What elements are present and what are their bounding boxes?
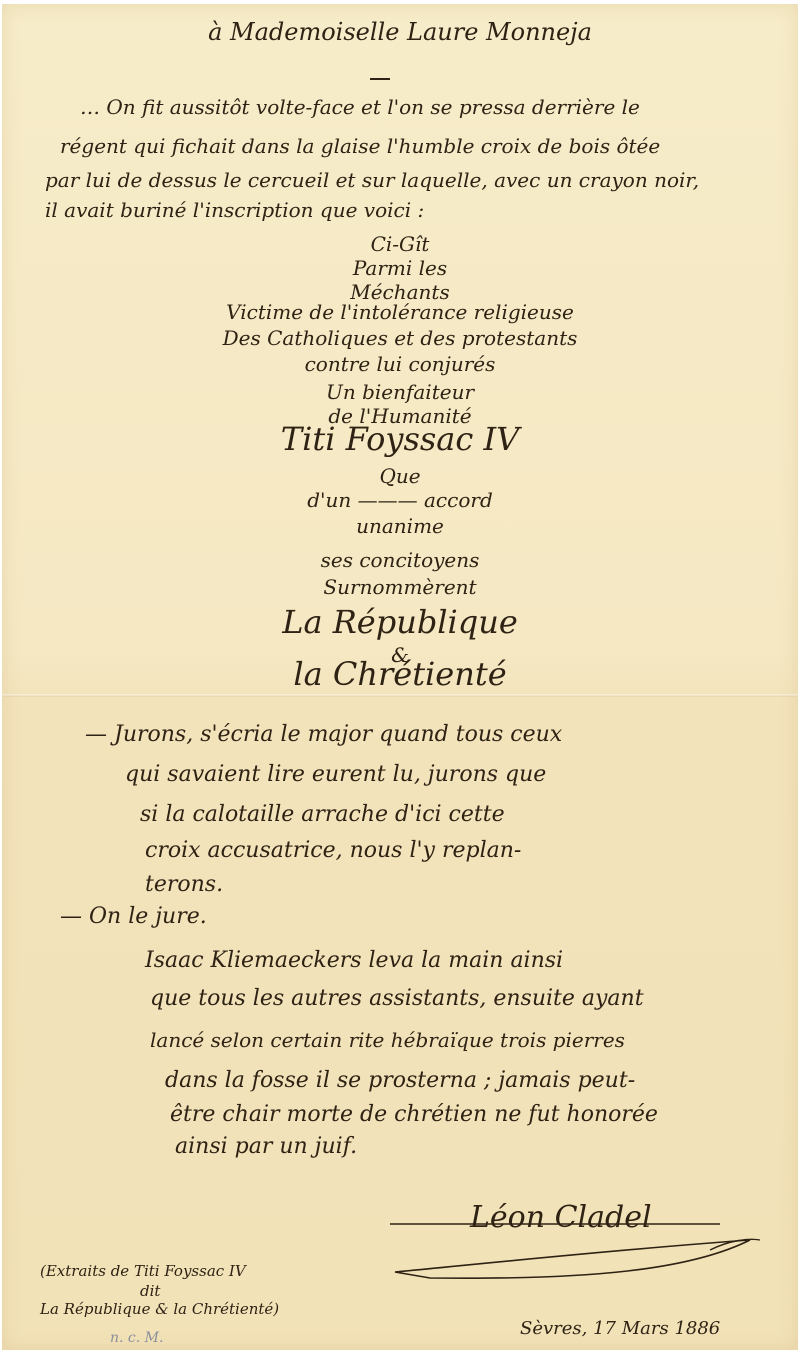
paragraph-line: — Jurons, s'écria le major quand tous ce… [85, 722, 562, 747]
paragraph-line: terons. [145, 872, 223, 897]
source-note: (Extraits de Titi Foyssac IV [40, 1262, 246, 1280]
opening-line: … On fit aussitôt volte-face et l'on se … [80, 95, 640, 119]
paragraph-line: ainsi par un juif. [175, 1134, 357, 1159]
paragraph-line: être chair morte de chrétien ne fut hono… [170, 1102, 658, 1127]
inscription-line: Parmi les [0, 256, 800, 280]
inscription-title: La République [0, 603, 800, 641]
inscription-line: Victime de l'intolérance religieuse [0, 300, 800, 324]
opening-line: régent qui fichait dans la glaise l'humb… [60, 134, 660, 158]
paragraph-line: Isaac Kliemaeckers leva la main ainsi [145, 948, 563, 973]
source-note: La République & la Chrétienté) [40, 1300, 279, 1318]
inscription-line: Que [0, 464, 800, 488]
paragraph-line: si la calotaille arrache d'ici cette [140, 802, 505, 827]
inscription-line: Ci-Gît [0, 232, 800, 256]
inscription-line: Surnommèrent [0, 575, 800, 599]
signature-flourish-icon [390, 1210, 770, 1290]
place-date: Sèvres, 17 Mars 1886 [520, 1318, 720, 1339]
paragraph-line: que tous les autres assistants, ensuite … [150, 986, 644, 1011]
opening-line: par lui de dessus le cercueil et sur laq… [45, 168, 699, 192]
inscription-line: Des Catholiques et des protestants [0, 326, 800, 350]
paragraph-line: qui savaient lire eurent lu, jurons que [125, 762, 546, 787]
inscription-line: ses concitoyens [0, 548, 800, 572]
inscription-line: unanime [0, 514, 800, 538]
separator-dash [370, 78, 390, 80]
opening-line: il avait buriné l'inscription que voici … [45, 198, 424, 222]
inscription-title: la Chrétienté [0, 655, 800, 693]
inscription-line: contre lui conjurés [0, 352, 800, 376]
inscription-name: Titi Foyssac IV [0, 420, 800, 458]
paragraph-line: croix accusatrice, nous l'y replan- [145, 838, 521, 863]
paper-fold [2, 694, 798, 697]
paragraph-line: dans la fosse il se prosterna ; jamais p… [165, 1068, 635, 1093]
inscription-line: Un bienfaiteur [0, 380, 800, 404]
addressee: à Mademoiselle Laure Monneja [0, 18, 800, 46]
source-note: dit [140, 1282, 160, 1300]
paragraph-line: lancé selon certain rite hébraïque trois… [150, 1028, 625, 1052]
paragraph-line: — On le jure. [60, 904, 207, 929]
pencil-annotation: n. c. M. [110, 1330, 163, 1346]
inscription-line: d'un ——— accord [0, 488, 800, 512]
